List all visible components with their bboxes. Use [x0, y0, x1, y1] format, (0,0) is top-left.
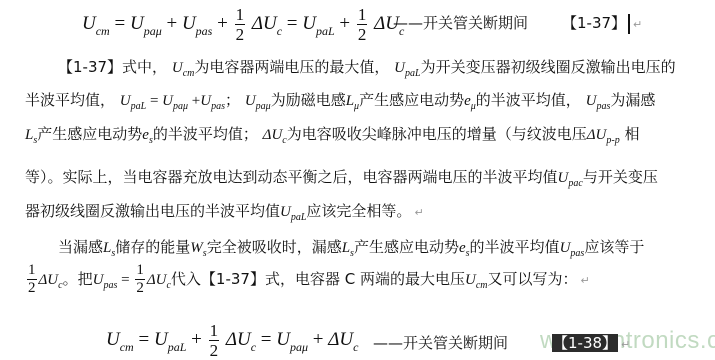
- eq-sub: c: [353, 340, 358, 354]
- eq-var: U: [154, 329, 168, 350]
- math-var: U: [172, 60, 183, 76]
- math-sub: pac: [568, 178, 582, 189]
- math-op: =: [146, 93, 162, 109]
- math-sub: paL: [405, 68, 421, 79]
- text: 为励磁电感: [271, 91, 346, 109]
- equation-1-37: Ucm = Upaμ + Upas + 12 ΔUc = UpaL + 12 Δ…: [82, 6, 404, 43]
- eq-op: =: [261, 329, 276, 350]
- math-var: e: [464, 93, 471, 109]
- eq-var: U: [106, 329, 120, 350]
- text: 应该等于: [584, 238, 644, 256]
- math-var: U: [162, 93, 173, 109]
- equation-1-38: Ucm = UpaL + 12 ΔUc = Upaμ + ΔUc: [106, 322, 358, 359]
- text: 当漏感: [58, 238, 103, 256]
- eq-op: +: [339, 13, 354, 34]
- equation-tag: 【1-38】: [552, 334, 618, 352]
- math-op: +: [188, 93, 200, 109]
- paragraph-2-line-1: 当漏感Ls储存的能量Ws完全被吸收时，漏感Ls产生感应电动势es的半波平均值Up…: [58, 236, 644, 259]
- eq-op: +: [166, 13, 181, 34]
- fraction: 12: [27, 263, 37, 296]
- return-mark-icon: ↵: [414, 206, 423, 219]
- math-var: U: [280, 204, 291, 220]
- math-sub: paμ: [173, 101, 188, 112]
- math-var: U: [120, 93, 131, 109]
- eq-var: U: [276, 329, 290, 350]
- math-var: U: [560, 240, 571, 256]
- paragraph-1-line-2: 半波平均值， UpaL = Upaμ +Upas； Upaμ为励磁电感Lμ产生感…: [25, 89, 655, 112]
- frac-den: 2: [357, 25, 368, 43]
- frac-den: 2: [135, 280, 145, 296]
- eq-sub: cm: [96, 24, 110, 38]
- math-sub: paL: [131, 101, 147, 112]
- eq-op: =: [287, 13, 302, 34]
- text: 又可以写为：: [488, 270, 578, 288]
- text: 式中，: [122, 58, 167, 76]
- math-sub: paμ: [256, 101, 271, 112]
- math-sub: cm: [476, 280, 488, 291]
- text: 的半波平均值；: [153, 125, 258, 143]
- text: 为漏感: [610, 91, 655, 109]
- eq-var: U: [130, 13, 144, 34]
- frac-num: 1: [235, 6, 246, 25]
- text: 代入【1-37】式，电容器 C 两端的最大电压: [171, 270, 465, 288]
- return-mark-icon: ↵: [633, 18, 642, 31]
- text: 产生感应电动势: [359, 91, 464, 109]
- eq-op: +: [313, 329, 328, 350]
- text: 半波平均值，: [25, 91, 115, 109]
- math-var: U: [93, 272, 104, 288]
- math-var: L: [342, 240, 350, 256]
- math-var: U: [465, 272, 476, 288]
- eq-sub: paμ: [290, 340, 308, 354]
- math-var: e: [142, 127, 149, 143]
- math-sub: pas: [103, 280, 117, 291]
- math-var: ΔU: [263, 127, 283, 143]
- fraction: 12: [135, 263, 145, 296]
- frac-den: 2: [27, 280, 37, 296]
- paragraph-1-line-3: Ls产生感应电动势es的半波平均值； ΔUc为电容吸收尖峰脉冲电压的增量（与纹波…: [25, 123, 640, 146]
- text: 器初级线圈反激输出电压的半波平均值: [25, 202, 280, 220]
- text-cursor: [628, 14, 630, 34]
- text: 相: [625, 125, 640, 143]
- text: 储存的能量: [115, 238, 190, 256]
- eq-sub: c: [251, 340, 256, 354]
- equation-1-37-condition: ——开关管关断期间: [393, 12, 528, 33]
- math-sub: paL: [291, 212, 307, 223]
- eq-sub: paL: [168, 340, 187, 354]
- eq-op: +: [217, 13, 232, 34]
- equation-1-37-tag: 【1-37】↵: [562, 12, 642, 34]
- frac-num: 1: [357, 6, 368, 25]
- eq-var: U: [82, 13, 96, 34]
- paragraph-1-line-1: 【1-37】式中， Ucm为电容器两端电压的最大值， UpaL为开关变压器初级线…: [58, 56, 676, 79]
- eq-var: ΔU: [328, 329, 353, 350]
- text: ；: [225, 91, 240, 109]
- math-var: U: [394, 60, 405, 76]
- math-var: W: [190, 240, 203, 256]
- text: 的半波平均值，: [476, 91, 581, 109]
- math-var: U: [586, 93, 597, 109]
- text: 与开关变压: [583, 168, 658, 186]
- math-var: U: [200, 93, 211, 109]
- text: 为电容器两端电压的最大值，: [194, 58, 389, 76]
- text: 为电容吸收尖峰脉冲电压的增量（与纹波电压: [287, 125, 587, 143]
- eq-sub: cm: [120, 340, 134, 354]
- math-var: U: [245, 93, 256, 109]
- eq-var: U: [182, 13, 196, 34]
- math-op: =: [117, 272, 133, 288]
- return-mark-icon: ↵: [621, 338, 630, 351]
- frac-den: 2: [209, 341, 220, 359]
- frac-num: 1: [209, 322, 220, 341]
- math-var: ΔU: [147, 272, 167, 288]
- frac-num: 1: [135, 263, 145, 280]
- eq-op: +: [191, 329, 206, 350]
- math-var: L: [346, 93, 354, 109]
- frac-num: 1: [27, 263, 37, 280]
- equation-1-38-condition: ——开关管关断期间: [373, 332, 508, 353]
- math-var: ΔU: [39, 272, 59, 288]
- text: 为开关变压器初级线圈反激输出电压的: [421, 58, 676, 76]
- eq-sub: paL: [316, 24, 335, 38]
- eq-var: U: [302, 13, 316, 34]
- equation-tag: 【1-37】: [562, 14, 626, 32]
- equation-ref: 【1-37】: [58, 58, 122, 76]
- math-sub: pas: [596, 101, 610, 112]
- condition-text: ——开关管关断期间: [393, 14, 528, 32]
- eq-op: =: [138, 329, 153, 350]
- text: 产生感应电动势: [37, 125, 142, 143]
- frac-den: 2: [235, 25, 246, 43]
- text: 应该完全相等。: [306, 202, 411, 220]
- return-mark-icon: ↵: [581, 274, 590, 287]
- math-var: e: [459, 240, 466, 256]
- fraction: 12: [209, 322, 220, 359]
- math-sub: cm: [183, 68, 195, 79]
- fraction: 12: [235, 6, 246, 43]
- text: 。把: [63, 270, 93, 288]
- math-var: U: [558, 170, 569, 186]
- math-sub: pas: [211, 101, 225, 112]
- eq-sub: c: [277, 24, 282, 38]
- paragraph-2-line-2: 12ΔUc。把Upas = 12ΔUc代入【1-37】式，电容器 C 两端的最大…: [25, 263, 590, 296]
- eq-var: ΔU: [226, 329, 251, 350]
- text: 的半波平均值: [470, 238, 560, 256]
- condition-text: ——开关管关断期间: [373, 334, 508, 352]
- math-var: ΔU: [587, 127, 607, 143]
- eq-sub: pas: [196, 24, 213, 38]
- text: 完全被吸收时，漏感: [207, 238, 342, 256]
- text: 产生感应电动势: [354, 238, 459, 256]
- fraction: 12: [357, 6, 368, 43]
- eq-op: =: [114, 13, 129, 34]
- eq-var: ΔU: [252, 13, 277, 34]
- math-sub: p-p: [606, 135, 619, 146]
- equation-1-38-tag: 【1-38】↵: [552, 332, 630, 353]
- eq-sub: paμ: [144, 24, 162, 38]
- text: 等）。实际上，当电容器充放电达到动态平衡之后，电容器两端电压的半波平均值: [25, 168, 558, 186]
- paragraph-1-line-4: 等）。实际上，当电容器充放电达到动态平衡之后，电容器两端电压的半波平均值Upac…: [25, 166, 658, 189]
- paragraph-1-line-5: 器初级线圈反激输出电压的半波平均值UpaL应该完全相等。↵: [25, 200, 424, 223]
- math-sub: pas: [570, 248, 584, 259]
